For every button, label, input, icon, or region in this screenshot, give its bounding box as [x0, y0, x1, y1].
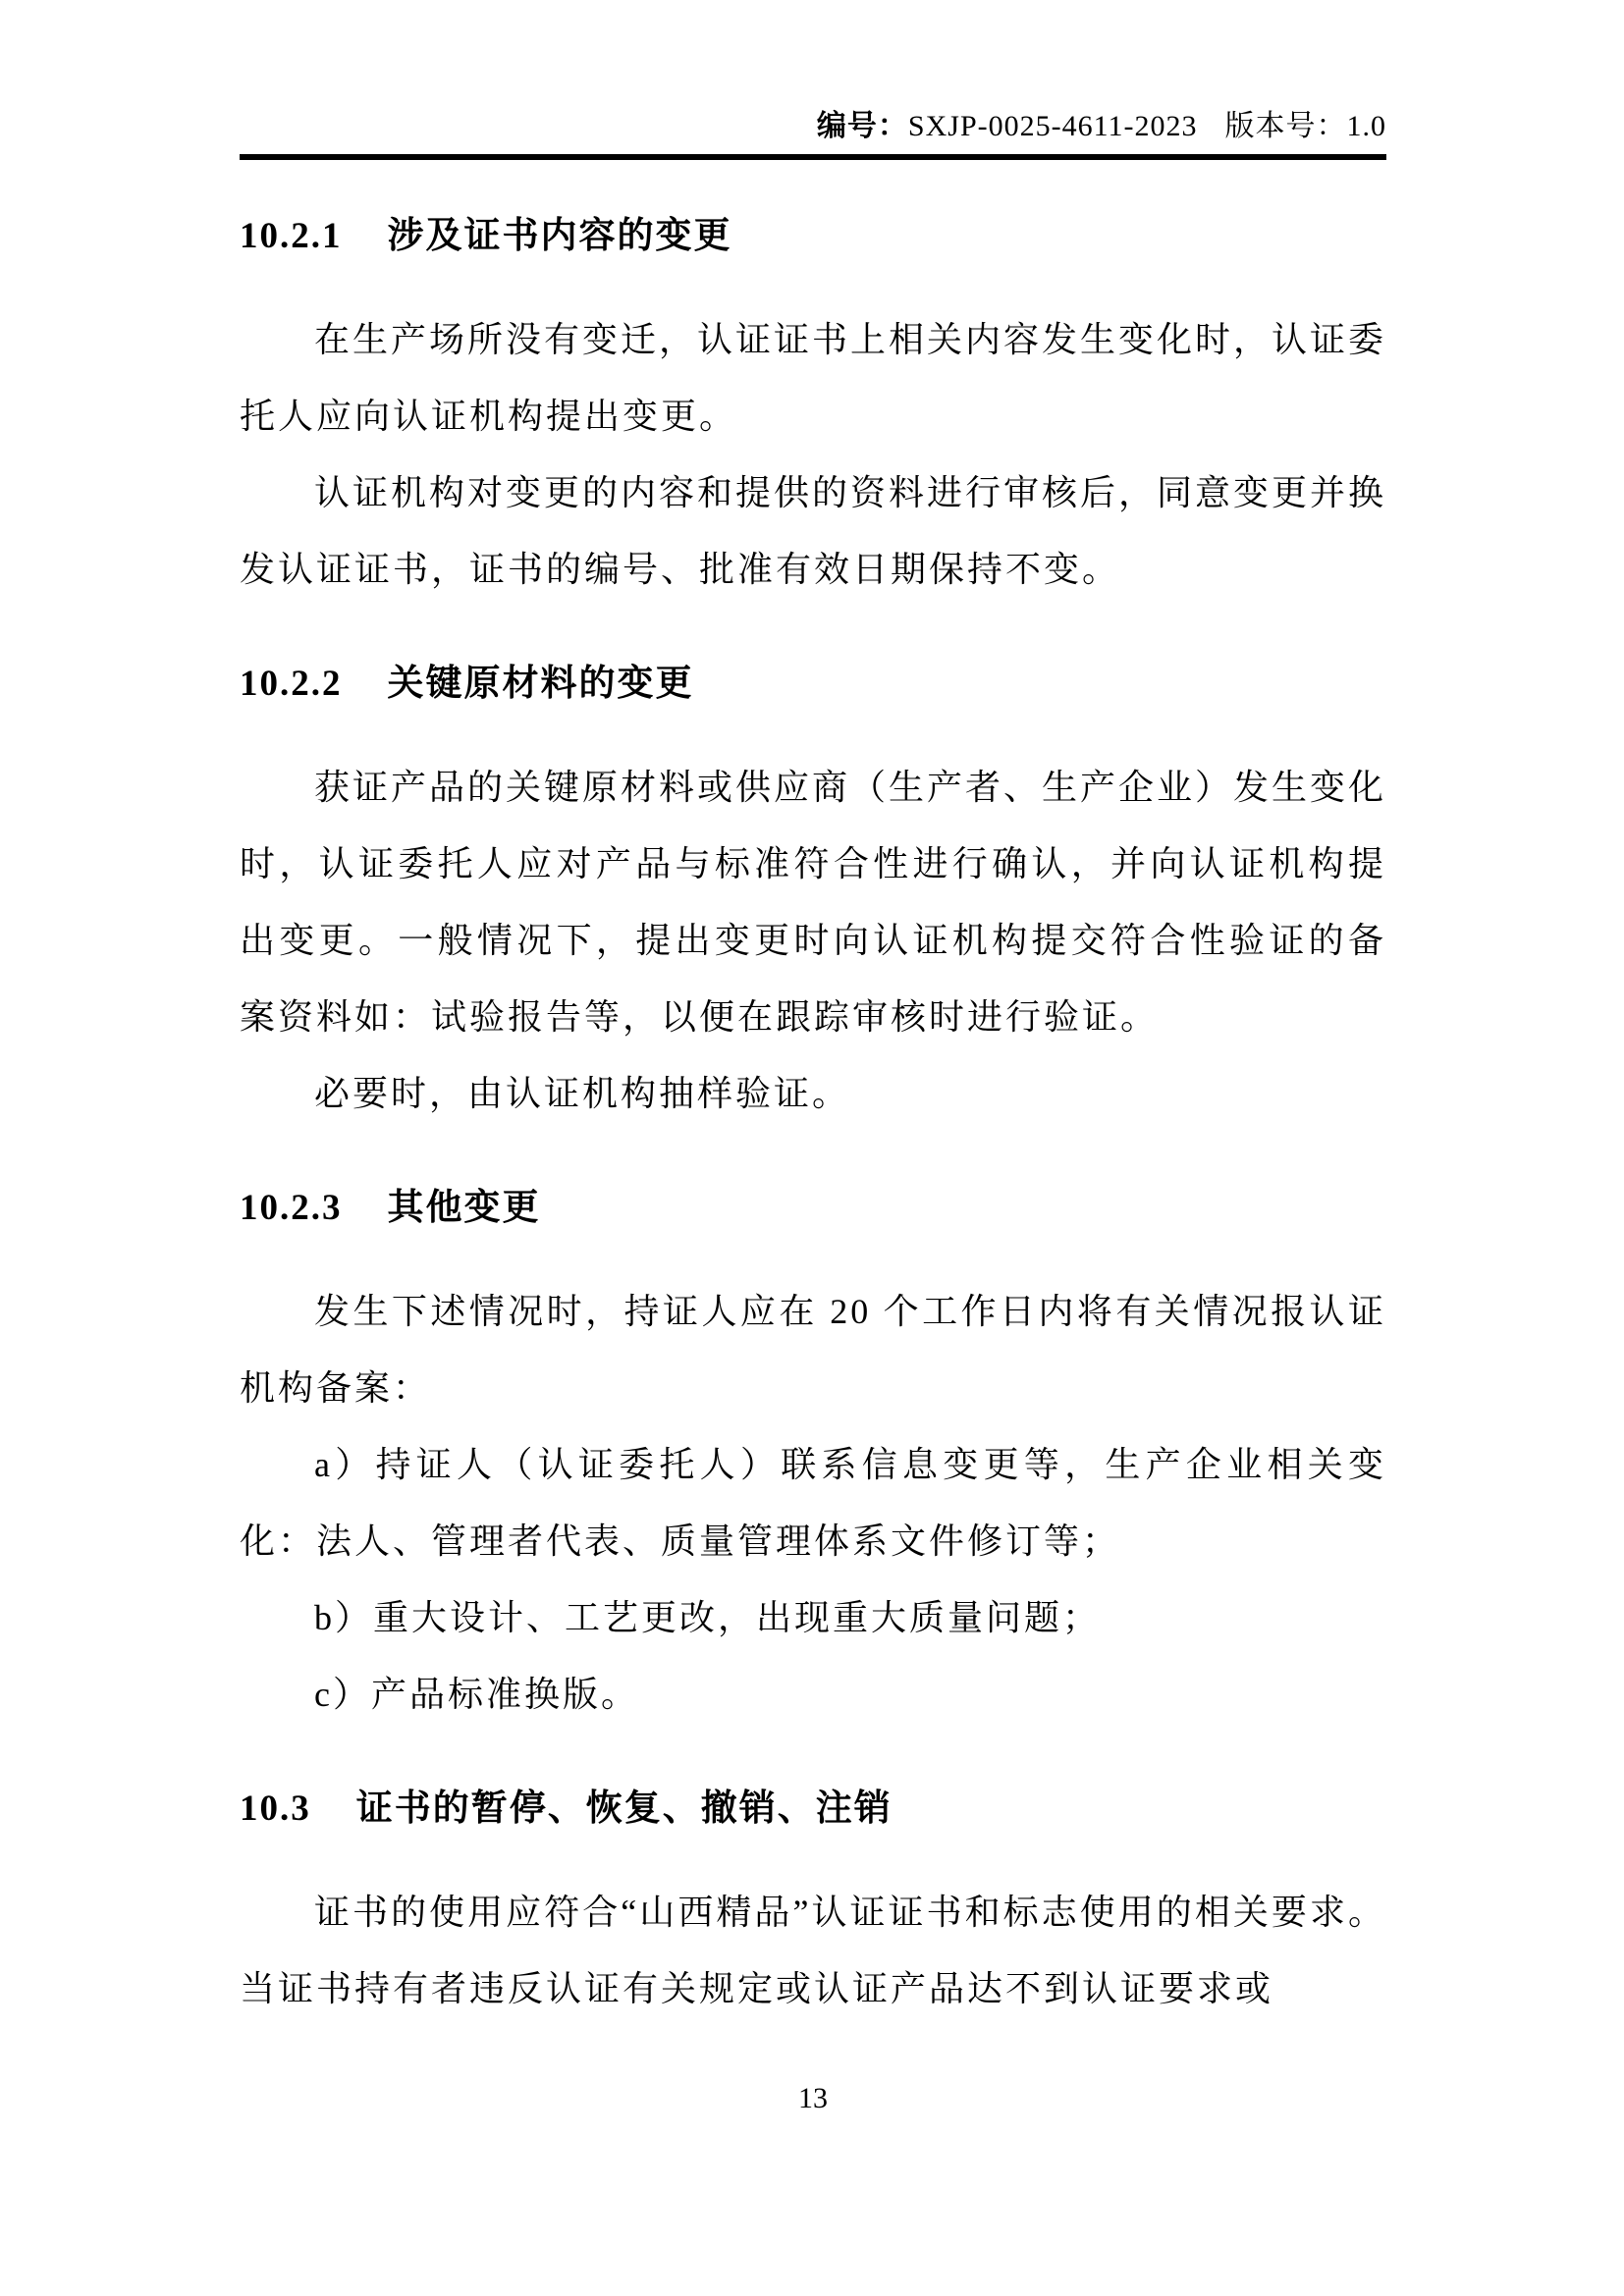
section-title: 其他变更 [388, 1188, 541, 1228]
paragraph: 证书的使用应符合“山西精品”认证证书和标志使用的相关要求。当证书持有者违反认证有… [240, 1874, 1386, 2027]
section-title: 关键原材料的变更 [388, 664, 694, 704]
section-title: 涉及证书内容的变更 [388, 216, 732, 256]
paragraph: 获证产品的关键原材料或供应商（生产者、生产企业）发生变化时，认证委托人应对产品与… [240, 749, 1386, 1055]
paragraph: 在生产场所没有变迁，认证证书上相关内容发生变化时，认证委托人应向认证机构提出变更… [240, 301, 1386, 454]
section-heading-10-3: 10.3证书的暂停、恢复、撤销、注销 [240, 1788, 1386, 1831]
section-number: 10.3 [240, 1789, 311, 1829]
section-heading-10-2-2: 10.2.2关键原材料的变更 [240, 663, 1386, 706]
doc-number-value: SXJP-0025-4611-2023 [908, 110, 1198, 142]
document-header: 编号：SXJP-0025-4611-2023版本号：1.0 [240, 110, 1386, 143]
paragraph: 发生下述情况时，持证人应在 20 个工作日内将有关情况报认证机构备案： [240, 1273, 1386, 1426]
list-item-a: a）持证人（认证委托人）联系信息变更等，生产企业相关变化：法人、管理者代表、质量… [240, 1426, 1386, 1579]
doc-version-label: 版本号： [1225, 110, 1347, 142]
section-title: 证书的暂停、恢复、撤销、注销 [356, 1789, 893, 1829]
section-number: 10.2.2 [240, 664, 343, 704]
doc-number-label: 编号： [817, 110, 908, 142]
section-number: 10.2.1 [240, 216, 343, 256]
section-heading-10-2-3: 10.2.3其他变更 [240, 1187, 1386, 1230]
list-item-c: c）产品标准换版。 [240, 1656, 1386, 1733]
doc-version-value: 1.0 [1347, 110, 1387, 142]
list-item-b: b）重大设计、工艺更改，出现重大质量问题； [240, 1579, 1386, 1656]
page-footer: 13 [240, 2082, 1386, 2115]
document-page: 编号：SXJP-0025-4611-2023版本号：1.0 10.2.1涉及证书… [0, 0, 1624, 2296]
paragraph: 必要时，由认证机构抽样验证。 [240, 1055, 1386, 1132]
section-number: 10.2.3 [240, 1188, 343, 1228]
page-number: 13 [798, 2082, 828, 2114]
header-rule [240, 154, 1386, 160]
section-heading-10-2-1: 10.2.1涉及证书内容的变更 [240, 215, 1386, 258]
paragraph: 认证机构对变更的内容和提供的资料进行审核后，同意变更并换发认证证书，证书的编号、… [240, 454, 1386, 608]
